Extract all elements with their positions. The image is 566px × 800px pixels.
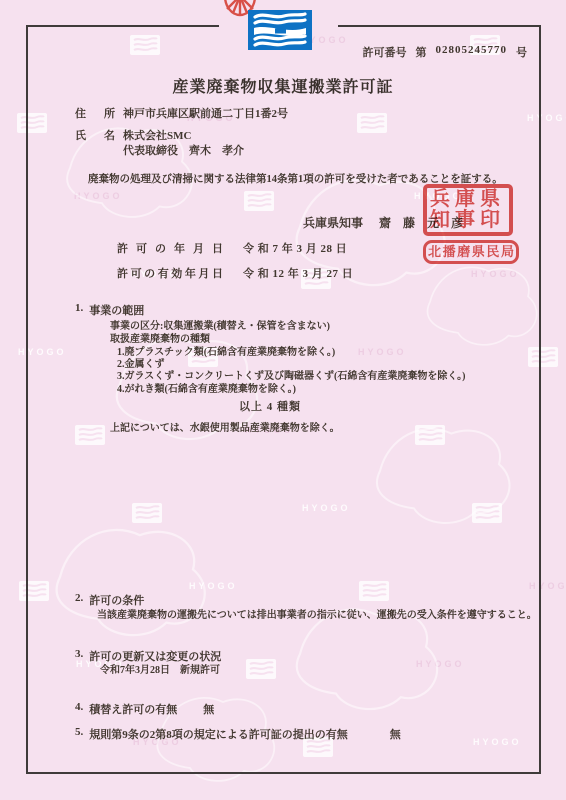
section1-title: 事業の範囲	[89, 302, 144, 318]
section2-number: 2.	[75, 592, 83, 604]
frame-top-right	[338, 25, 541, 27]
expiry-date-label: 許可の有効年月日	[117, 265, 223, 281]
frame-right	[539, 25, 541, 774]
hyogo-watermark-logo-icon	[244, 191, 274, 216]
governor-title: 兵庫県知事	[303, 216, 363, 230]
address-value: 神戸市兵庫区駅前通二丁目1番2号	[123, 105, 288, 121]
official-seal: 兵庫県 知事印 北播磨県民局	[423, 184, 519, 264]
hyogo-watermark-text: HYOGO	[358, 347, 407, 357]
hyogo-watermark-logo-icon	[357, 113, 387, 138]
hyogo-watermark-text: HYOGO	[529, 581, 566, 591]
permit-number-label: 許可番号	[363, 44, 407, 60]
address-row: 住所 神戸市兵庫区駅前通二丁目1番2号	[75, 105, 288, 121]
section1-heading: 1. 事業の範囲	[75, 302, 144, 318]
hyogo-watermark-logo-icon	[17, 113, 47, 138]
representative-name: 代表取締役 齊木 孝介	[123, 142, 244, 158]
permit-conditions-text: 当該産業廃棄物の運搬先については排出事業者の指示に従い、運搬先の受入条件を遵守す…	[97, 606, 537, 621]
mercury-note: 上記については、水銀使用製品産業廃棄物を除く。	[110, 419, 340, 434]
transfer-permit-value: 無	[203, 701, 214, 717]
hyogo-watermark-text: HYOGO	[74, 191, 123, 201]
office-stamp: 北播磨県民局	[423, 240, 519, 264]
hyogo-watermark-logo-icon	[132, 503, 162, 528]
hyogo-watermark-text: HYOGO	[416, 659, 465, 669]
frame-top-left	[26, 25, 219, 27]
waste-type-total: 以上 4 種類	[120, 398, 420, 414]
section5-number: 5.	[75, 726, 83, 738]
hyogo-watermark-logo-icon	[75, 425, 105, 450]
name-label: 氏名	[75, 127, 115, 143]
section5-row: 5. 規則第9条の2第8項の規定による許可証の提出の有無 無	[75, 726, 401, 742]
hyogo-watermark-text: HYOGO	[189, 581, 238, 591]
hyogo-watermark-text: HYOGO	[527, 113, 566, 123]
frame-bottom	[26, 772, 541, 774]
hyogo-watermark-logo-icon	[528, 347, 558, 372]
hyogo-watermark-text: HYOGO	[302, 503, 351, 513]
renewal-status-text: 令和7年3月28日 新規許可	[100, 661, 220, 676]
expiry-date-row: 許可の有効年月日 令 和 12 年 3 月 27 日	[117, 265, 353, 281]
document-title: 産業廃棄物収集運搬業許可証	[26, 74, 540, 97]
hyogo-watermark-logo-icon	[359, 581, 389, 606]
waste-permit-certificate: HYOGOHYOGOHYOGOHYOGOHYOGOHYOGOHYOGOHYOGO…	[0, 0, 566, 800]
governor-seal-icon: 兵庫県 知事印	[423, 184, 513, 236]
section5-title: 規則第9条の2第8項の規定による許可証の提出の有無	[89, 726, 348, 742]
seal-row-2: 知事印	[430, 210, 500, 231]
expiry-date-value: 令 和 12 年 3 月 27 日	[243, 265, 353, 281]
hyogo-watermark-text: HYOGO	[473, 737, 522, 747]
address-label: 住所	[75, 105, 115, 121]
hyogo-watermark-logo-icon	[19, 581, 49, 606]
permit-number-prefix: 第	[416, 44, 427, 60]
issue-date-value: 令 和 7 年 3 月 28 日	[243, 240, 347, 256]
section3-number: 3.	[75, 648, 83, 660]
company-name: 株式会社SMC	[123, 127, 191, 143]
hyogo-watermark-logo-icon	[130, 35, 160, 60]
issue-date-row: 許可の年月日 令 和 7 年 3 月 28 日	[117, 240, 347, 256]
frame-left	[26, 25, 28, 774]
issue-date-label: 許可の年月日	[117, 240, 223, 256]
hyogo-watermark-text: HYOGO	[471, 269, 520, 279]
section1-number: 1.	[75, 302, 83, 314]
certificate-submission-value: 無	[390, 726, 401, 742]
name-row: 氏名 株式会社SMC	[75, 127, 191, 143]
hyogo-watermark-logo-icon	[415, 425, 445, 450]
permit-number-line: 許可番号 第 02805245770 号	[363, 44, 528, 60]
permit-number-suffix: 号	[516, 44, 527, 60]
seal-row-1: 兵庫県	[430, 189, 500, 210]
section4-row: 4. 積替え許可の有無 無	[75, 701, 214, 717]
permit-number-value: 02805245770	[436, 44, 508, 56]
waste-type-item: 4.がれき類(石綿含有産業廃棄物を除く。)	[117, 380, 296, 395]
section4-title: 積替え許可の有無	[89, 701, 177, 717]
section4-number: 4.	[75, 701, 83, 713]
hyogo-watermark-logo-icon	[246, 659, 276, 684]
hyogo-prefecture-logo-icon	[248, 10, 312, 50]
hyogo-watermark-logo-icon	[472, 503, 502, 528]
